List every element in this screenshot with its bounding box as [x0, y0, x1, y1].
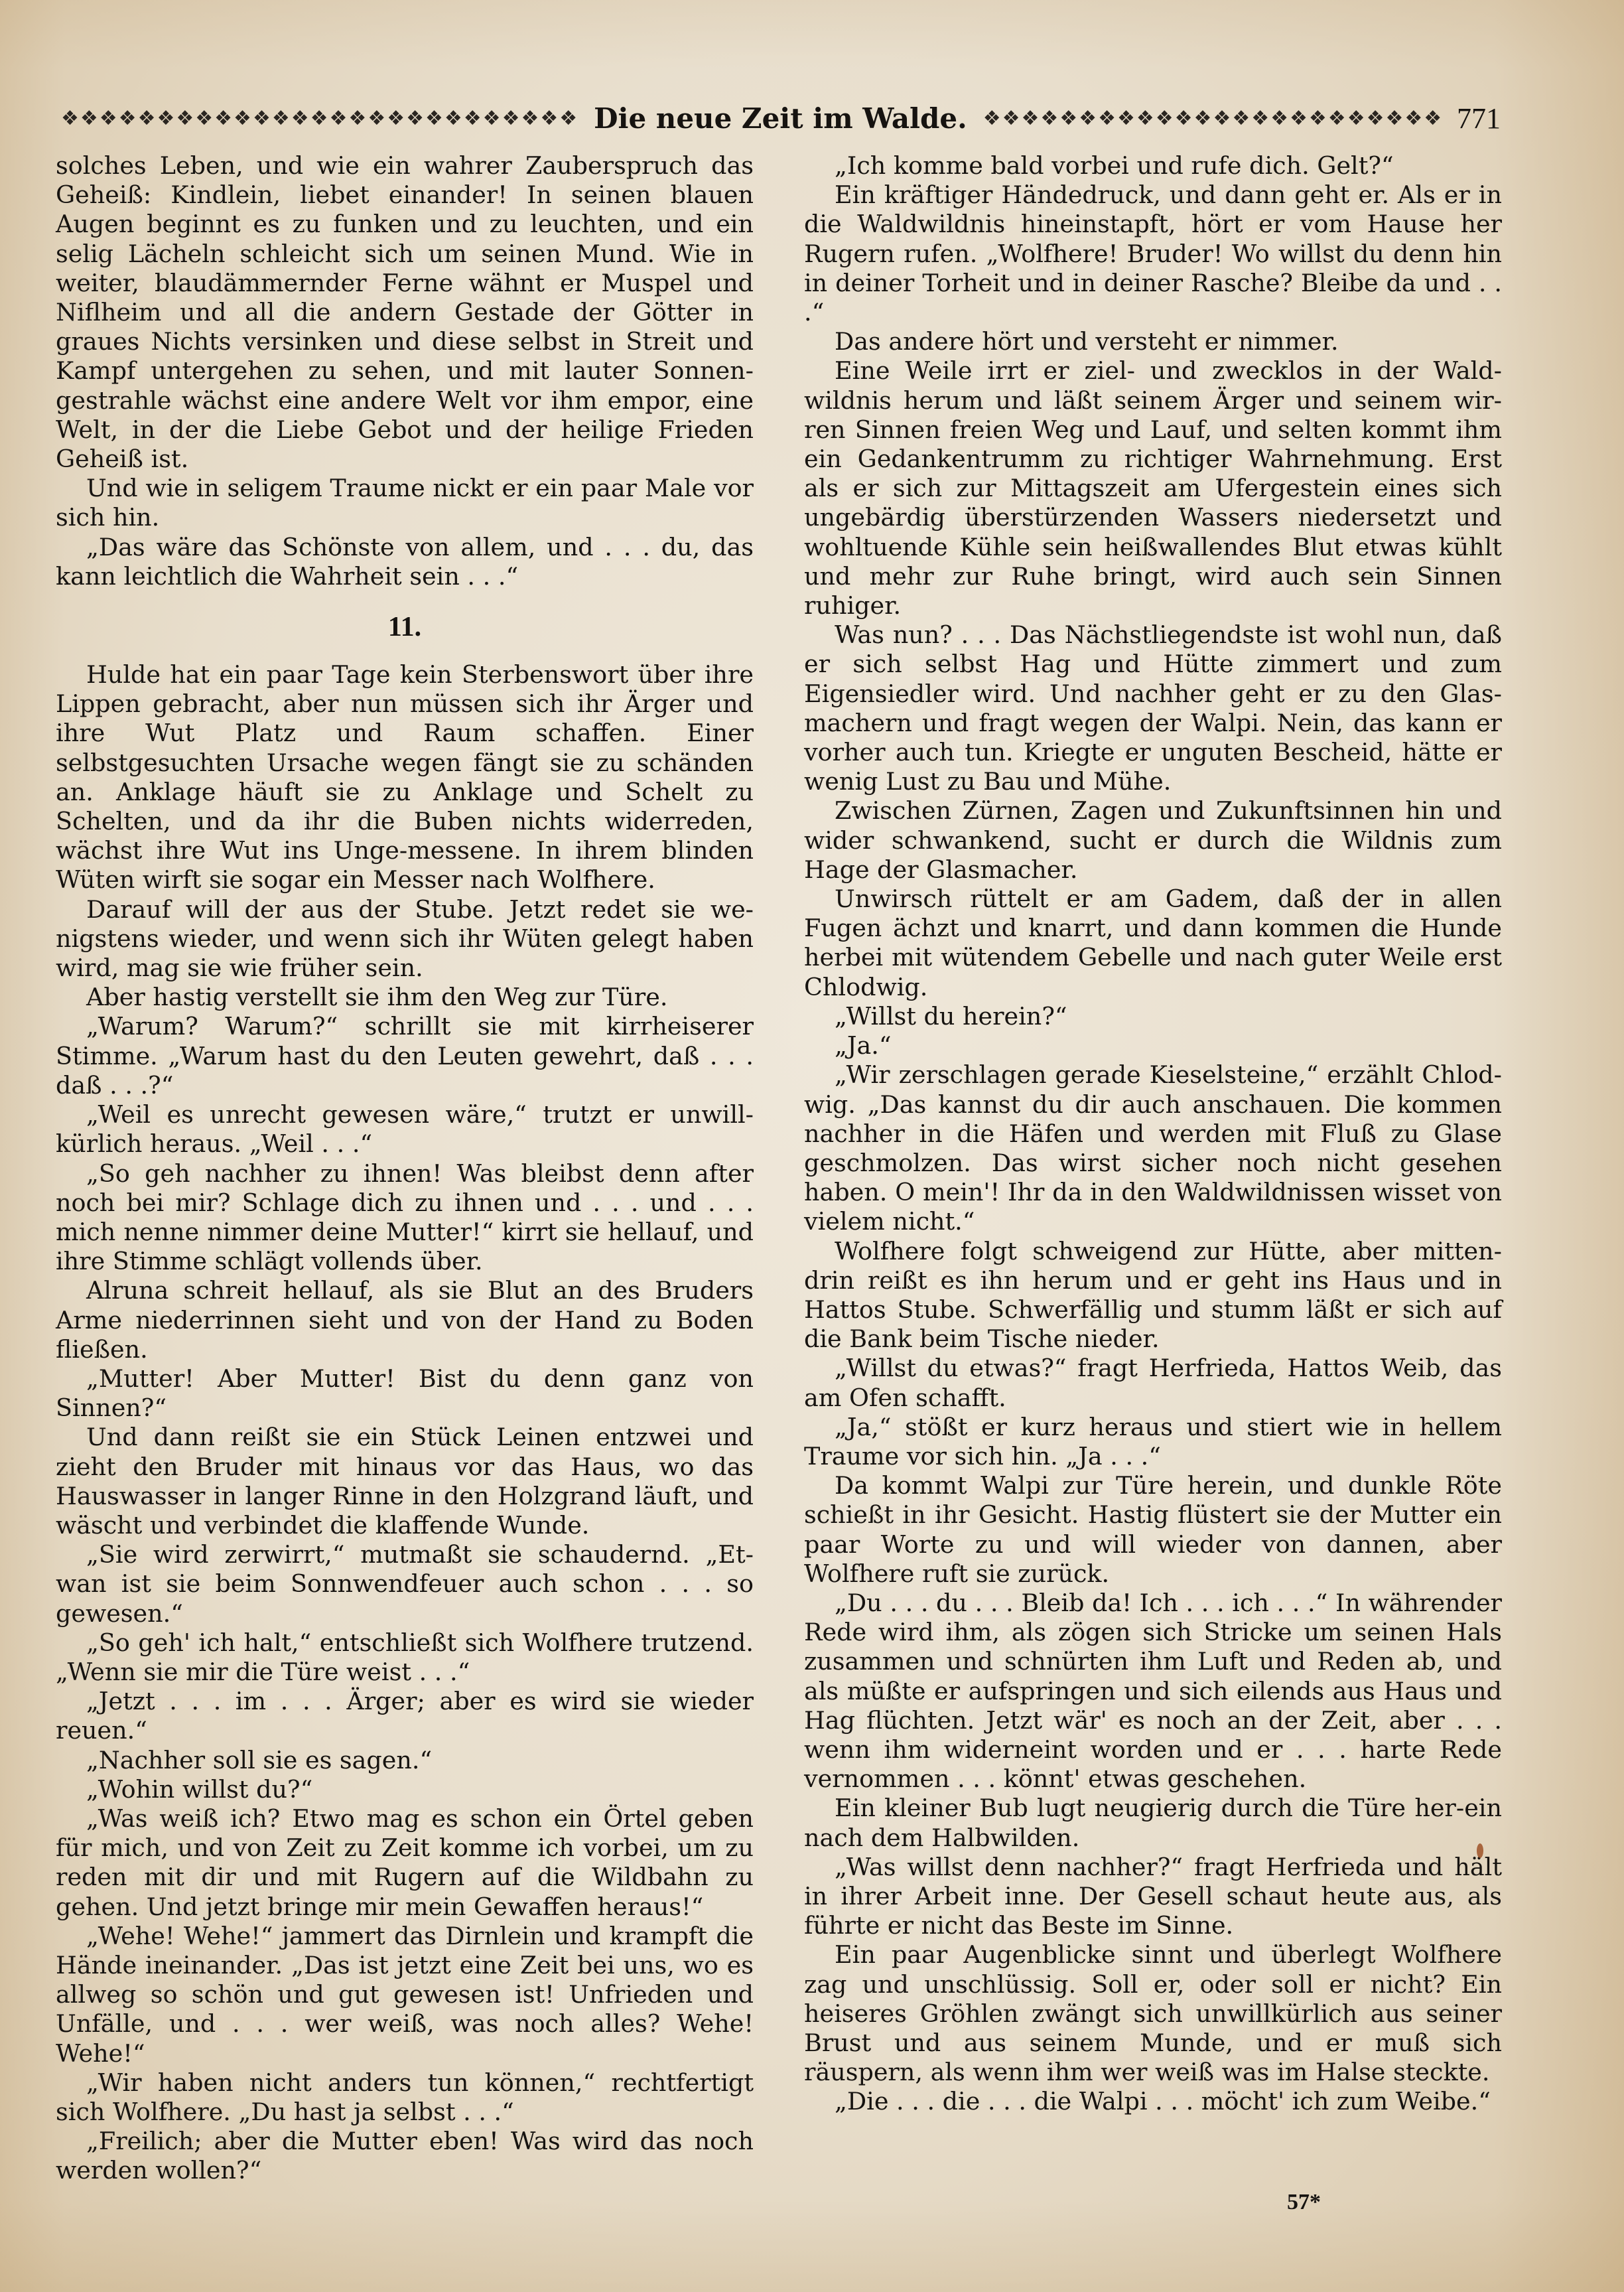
paragraph: „Wir haben nicht anders tun können,“ rec… [56, 2068, 754, 2127]
paragraph: „Die . . . die . . . die Walpi . . . möc… [804, 2087, 1502, 2116]
paragraph: „Sie wird zerwirrt,“ mutmaßt sie schaude… [56, 1540, 754, 1628]
page-number: 771 [1441, 102, 1501, 135]
ornament-right-icon: ❖❖❖❖❖❖❖❖❖❖❖❖❖❖❖❖❖❖❖❖❖❖❖❖❖❖ [983, 107, 1441, 130]
paragraph: „Willst du etwas?“ fragt Herfrieda, Hatt… [804, 1354, 1502, 1412]
paragraph: „Wir zerschlagen gerade Kieselsteine,“ e… [804, 1060, 1502, 1236]
ornament-left-icon: ❖❖❖❖❖❖❖❖❖❖❖❖❖❖❖❖❖❖❖❖❖❖❖❖❖❖❖❖❖❖ [61, 107, 578, 130]
paragraph: Und wie in seligem Traume nickt er ein p… [56, 474, 754, 532]
paragraph: Ein kleiner Bub lugt neugierig durch die… [804, 1794, 1502, 1852]
signature-mark: 57* [1287, 2190, 1321, 2215]
paragraph: „Weil es unrecht gewesen wäre,“ trutzt e… [56, 1100, 754, 1159]
paragraph: Was nun? . . . Das Nächstliegendste ist … [804, 620, 1502, 796]
paragraph: Eine Weile irrt er ziel- und zwecklos in… [804, 356, 1502, 620]
right-column: „Ich komme bald vorbei und rufe dich. Ge… [804, 151, 1502, 2117]
paragraph: „Jetzt . . . im . . . Ärger; aber es wir… [56, 1687, 754, 1745]
paragraph: „Freilich; aber die Mutter eben! Was wir… [56, 2127, 754, 2185]
paper-stain-icon [1477, 1843, 1483, 1858]
paragraph: „Was willst denn nachher?“ fragt Herfrie… [804, 1853, 1502, 1941]
running-title: Die neue Zeit im Walde. [578, 102, 983, 135]
paragraph: „Ich komme bald vorbei und rufe dich. Ge… [804, 151, 1502, 180]
paragraph: „Wohin willst du?“ [56, 1775, 754, 1804]
paragraph: „Das wäre das Schönste von allem, und . … [56, 533, 754, 591]
paragraph: Alruna schreit hellauf, als sie Blut an … [56, 1276, 754, 1364]
running-head: ❖❖❖❖❖❖❖❖❖❖❖❖❖❖❖❖❖❖❖❖❖❖❖❖❖❖❖❖❖❖ Die neue … [61, 98, 1501, 138]
paragraph: Unwirsch rüttelt er am Gadem, daß der in… [804, 885, 1502, 1002]
paragraph: „Nachher soll sie es sagen.“ [56, 1746, 754, 1775]
paragraph: Und dann reißt sie ein Stück Leinen entz… [56, 1423, 754, 1540]
left-paragraphs-before: solches Leben, und wie ein wahrer Zauber… [56, 151, 754, 591]
paragraph: solches Leben, und wie ein wahrer Zauber… [56, 151, 754, 474]
paragraph: Ein kräftiger Händedruck, und dann geht … [804, 180, 1502, 327]
paragraph: Hulde hat ein paar Tage kein Sterbenswor… [56, 660, 754, 895]
paragraph: Aber hastig verstellt sie ihm den Weg zu… [56, 983, 754, 1012]
paragraph: „Ja.“ [804, 1031, 1502, 1060]
paragraph: „Ja,“ stößt er kurz heraus und stiert wi… [804, 1413, 1502, 1471]
paragraph: Da kommt Walpi zur Türe herein, und dunk… [804, 1471, 1502, 1589]
paragraph: „Willst du herein?“ [804, 1002, 1502, 1031]
paragraph: „Warum? Warum?“ schrillt sie mit kirrhei… [56, 1012, 754, 1100]
paragraph: „So geh' ich halt,“ entschließt sich Wol… [56, 1628, 754, 1687]
paragraph: „Wehe! Wehe!“ jammert das Dirnlein und k… [56, 1922, 754, 2068]
paragraph: Zwischen Zürnen, Zagen und Zukunftsinnen… [804, 796, 1502, 885]
right-paragraphs: „Ich komme bald vorbei und rufe dich. Ge… [804, 151, 1502, 2117]
left-paragraphs-after: Hulde hat ein paar Tage kein Sterbenswor… [56, 660, 754, 2186]
paragraph: Wolfhere folgt schweigend zur Hütte, abe… [804, 1237, 1502, 1354]
paragraph: „Was weiß ich? Etwo mag es schon ein Ört… [56, 1804, 754, 1922]
paragraph: „Mutter! Aber Mutter! Bist du denn ganz … [56, 1364, 754, 1423]
section-number: 11. [56, 612, 754, 642]
paragraph: Das andere hört und versteht er nimmer. [804, 327, 1502, 356]
paragraph: Darauf will der aus der Stube. Jetzt red… [56, 895, 754, 983]
paragraph: „So geh nachher zu ihnen! Was bleibst de… [56, 1159, 754, 1277]
left-column: solches Leben, und wie ein wahrer Zauber… [56, 151, 754, 2186]
paragraph: „Du . . . du . . . Bleib da! Ich . . . i… [804, 1589, 1502, 1794]
paragraph: Ein paar Augenblicke sinnt und überlegt … [804, 1940, 1502, 2087]
